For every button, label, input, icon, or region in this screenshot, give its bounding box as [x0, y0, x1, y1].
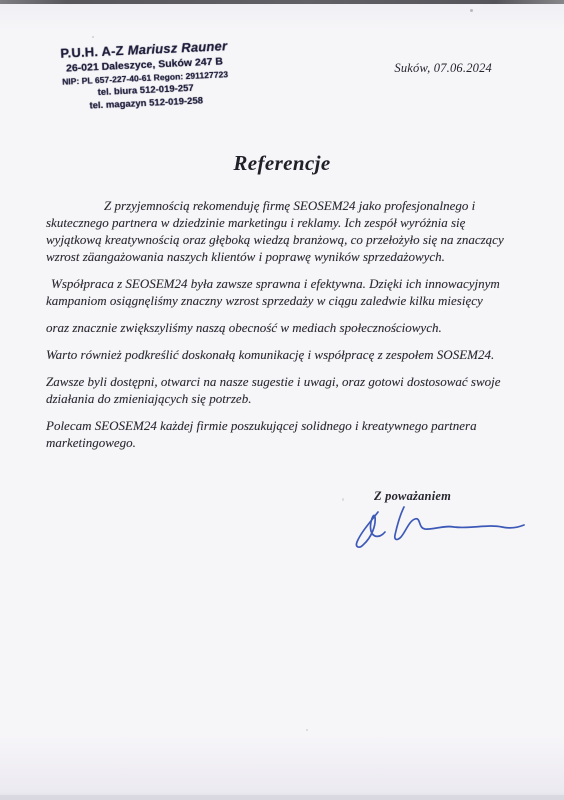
paragraph-availability: Zawsze byli dostępni, otwarci na nasze s… — [46, 373, 512, 407]
scan-bottom-edge-artifact — [0, 795, 564, 800]
paragraph-cooperation: Współpraca z SEOSEM24 była zawsze sprawn… — [46, 275, 512, 309]
handwritten-signature — [348, 500, 528, 558]
letter-date: Suków, 07.06.2024 — [394, 61, 492, 76]
scan-speck — [92, 36, 94, 38]
scan-speck — [342, 498, 344, 501]
scan-top-edge-artifact — [0, 0, 564, 4]
letter-body: Z przyjemnością rekomenduję firmę SEOSEM… — [46, 197, 512, 461]
paragraph-communication: Warto również podkreślić doskonałą komun… — [46, 346, 512, 363]
paragraph-recommendation: Z przyjemnością rekomenduję firmę SEOSEM… — [46, 197, 512, 265]
company-stamp: P.U.H. A-ZMariusz Rauner 26-021 Daleszyc… — [39, 37, 252, 114]
stamp-company-name: P.U.H. A-Z — [60, 43, 124, 61]
scan-speck — [306, 729, 308, 731]
scanned-letter-page: P.U.H. A-ZMariusz Rauner 26-021 Daleszyc… — [0, 0, 564, 800]
scan-speck — [470, 9, 473, 12]
paragraph-social-media: oraz znacznie zwiększyliśmy naszą obecno… — [46, 319, 512, 336]
letter-title: Referencje — [0, 151, 564, 176]
paragraph-final-recommendation: Polecam SEOSEM24 każdej firmie poszukują… — [46, 417, 512, 451]
stamp-owner-name: Mariusz Rauner — [127, 38, 227, 58]
